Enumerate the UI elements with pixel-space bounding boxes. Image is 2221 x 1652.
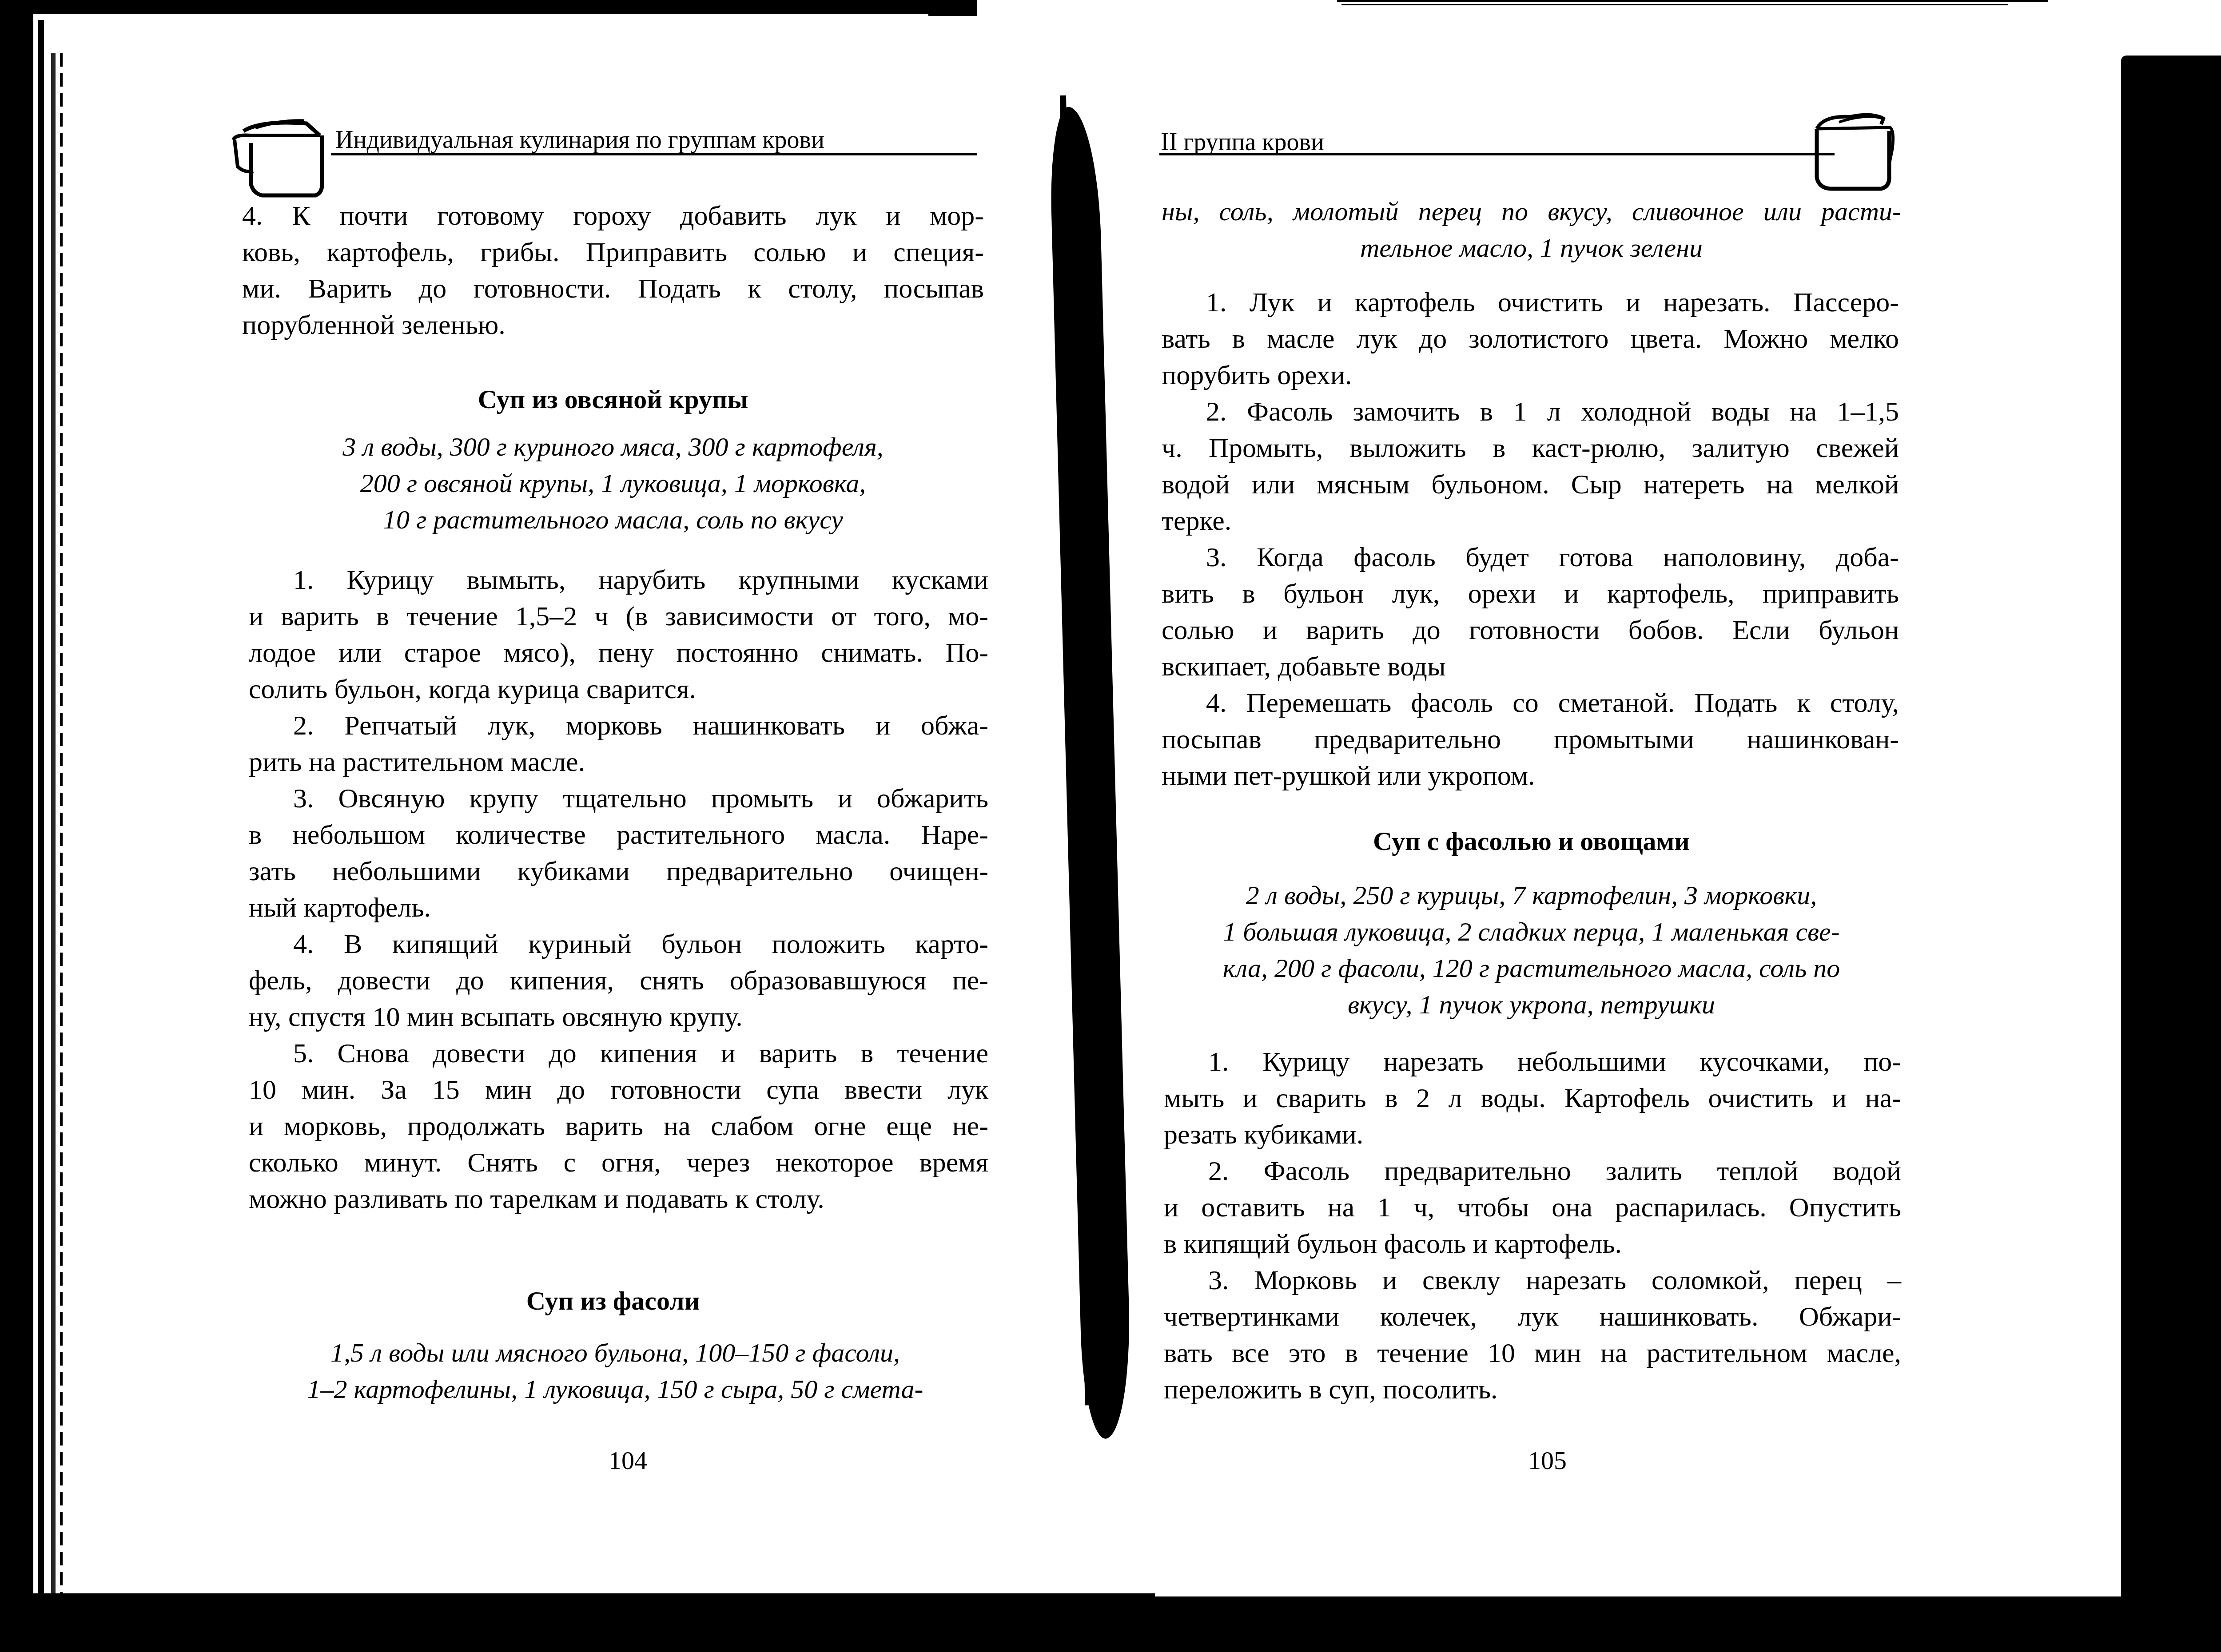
step-line: лодое или старое мясо), пену постоянно с… — [249, 635, 988, 671]
text-line: порубленной зеленью. — [242, 307, 984, 343]
right-page: II группа крови ны, соль, молотый перец … — [1137, 0, 2121, 1594]
recipe-ingredients: 2 л воды, 250 г курицы, 7 картофелин, 3 … — [1162, 877, 1901, 1023]
recipe-steps-continued: 1. Лук и картофель очистить и нарезать. … — [1162, 284, 1899, 794]
step-line: 5. Снова довести до кипения и варить в т… — [249, 1035, 988, 1072]
step-line: в кипящий бульон фасоль и картофель. — [1164, 1226, 1901, 1262]
step-line: резать кубиками. — [1164, 1116, 1901, 1153]
text-line: 4. К почти готовому гороху добавить лук … — [242, 198, 984, 234]
step-line: фель, довести до кипения, снять образова… — [249, 962, 988, 999]
step-line: вить в бульон лук, орехи и картофель, пр… — [1162, 576, 1899, 612]
running-head: Индивидуальная кулинария по группам кров… — [335, 127, 824, 153]
ingredients-line: 1–2 картофелины, 1 луковица, 150 г сыра,… — [242, 1371, 988, 1407]
step-line: рить на растительном масле. — [249, 744, 988, 780]
header-rule — [331, 153, 977, 155]
step-line: и морковь, продолжать варить на слабом о… — [249, 1108, 988, 1144]
step-line: 4. В кипящий куриный бульон положить кар… — [249, 926, 988, 962]
step-line: солить бульон, когда курица сварится. — [249, 671, 988, 707]
recipe-ingredients: 1,5 л воды или мясного бульона, 100–150 … — [242, 1334, 988, 1407]
step-line: ными пет-рушкой или укропом. — [1162, 758, 1899, 794]
step-line: 2. Фасоль предварительно залить теплой в… — [1164, 1153, 1901, 1189]
ingredients-line: 200 г овсяной крупы, 1 луковица, 1 морко… — [242, 465, 984, 501]
ingredients-line: 3 л воды, 300 г куриного мяса, 300 г кар… — [242, 429, 984, 465]
step-line: 3. Морковь и свеклу нарезать соломкой, п… — [1164, 1262, 1901, 1299]
step-line: четвертинками колечек, лук нашинковать. … — [1164, 1299, 1901, 1335]
ingredients-line: 1 большая луковица, 2 сладких перца, 1 м… — [1162, 913, 1901, 950]
step-line: мыть и сварить в 2 л воды. Картофель очи… — [1164, 1080, 1901, 1116]
step-line: водой или мясным бульоном. Сыр натереть … — [1162, 466, 1899, 503]
text-line: ми. Варить до готовности. Подать к столу… — [242, 270, 984, 307]
step-line: терке. — [1162, 503, 1899, 539]
recipe-title: Суп из овсяной крупы — [242, 384, 984, 415]
step-line: посыпав предварительно промытыми нашинко… — [1162, 721, 1899, 758]
step-line: зать небольшими кубиками предварительно … — [249, 853, 988, 890]
step-line: в небольшом количестве растительного мас… — [249, 817, 988, 853]
page-number: 104 — [609, 1445, 647, 1475]
left-page: Индивидуальная кулинария по группам кров… — [0, 0, 1057, 1594]
continuation-paragraph: 4. К почти готовому гороху добавить лук … — [242, 198, 984, 343]
step-line: ный картофель. — [249, 890, 988, 926]
page-number: 105 — [1528, 1445, 1567, 1475]
step-line: вать в масле лук до золотистого цвета. М… — [1162, 321, 1899, 357]
step-line: 4. Перемешать фасоль со сметаной. Подать… — [1162, 685, 1899, 721]
recipe-title: Суп из фасоли — [242, 1286, 984, 1316]
step-line: 2. Репчатый лук, морковь нашинковать и о… — [249, 707, 988, 744]
ingredients-line: кла, 200 г фасоли, 120 г растительного м… — [1162, 950, 1901, 986]
recipe-title: Суп с фасолью и овощами — [1162, 826, 1901, 857]
step-line: 3. Когда фасоль будет готова наполовину,… — [1162, 539, 1899, 576]
ingredients-line: 10 г растительного масла, соль по вкусу — [242, 501, 984, 538]
step-line: 1. Курицу вымыть, нарубить крупными куск… — [249, 562, 988, 598]
step-line: порубить орехи. — [1162, 357, 1899, 393]
cooking-pot-icon — [231, 111, 333, 200]
scan-border-right-edge — [2121, 95, 2143, 1650]
ingredients-line: 1,5 л воды или мясного бульона, 100–150 … — [242, 1334, 988, 1371]
recipe-ingredients-continued: ны, соль, молотый перец по вкусу, сливоч… — [1162, 193, 1901, 266]
ingredients-line: 2 л воды, 250 г курицы, 7 картофелин, 3 … — [1162, 877, 1901, 913]
recipe-ingredients: 3 л воды, 300 г куриного мяса, 300 г кар… — [242, 429, 984, 538]
header-rule — [1159, 153, 1835, 155]
step-line: и оставить на 1 ч, чтобы она распарилась… — [1164, 1189, 1901, 1226]
step-line: солью и варить до готовности бобов. Если… — [1162, 612, 1899, 648]
step-line: переложить в суп, посолить. — [1164, 1371, 1901, 1408]
step-line: вать все это в течение 10 мин на растите… — [1164, 1335, 1901, 1371]
recipe-steps: 1. Курицу вымыть, нарубить крупными куск… — [249, 562, 988, 1217]
step-line: можно разливать по тарелкам и подавать к… — [249, 1181, 988, 1217]
step-line: 3. Овсяную крупу тщательно промыть и обж… — [249, 780, 988, 817]
step-line: и варить в течение 1,5–2 ч (в зависимост… — [249, 598, 988, 635]
running-head: II группа крови — [1161, 129, 1324, 155]
book-spine-shadow — [1049, 106, 1132, 1439]
ingredients-line: тельное масло, 1 пучок зелени — [1162, 230, 1901, 266]
ingredients-line: вкусу, 1 пучок укропа, петрушки — [1162, 986, 1901, 1023]
step-line: ну, спустя 10 мин всыпать овсяную крупу. — [249, 999, 988, 1035]
recipe-steps: 1. Курицу нарезать небольшими кусочками,… — [1164, 1044, 1901, 1408]
step-line: сколько минут. Снять с огня, через некот… — [249, 1144, 988, 1181]
ingredients-line: ны, соль, молотый перец по вкусу, сливоч… — [1162, 193, 1901, 230]
step-line: ч. Промыть, выложить в каст-рюлю, залиту… — [1162, 430, 1899, 466]
text-line: ковь, картофель, грибы. Приправить солью… — [242, 234, 984, 270]
step-line: 10 мин. За 15 мин до готовности супа вве… — [249, 1072, 988, 1108]
step-line: 2. Фасоль замочить в 1 л холодной воды н… — [1162, 393, 1899, 430]
step-line: 1. Лук и картофель очистить и нарезать. … — [1162, 284, 1899, 321]
scan-border-bottom — [0, 1596, 2221, 1652]
step-line: 1. Курицу нарезать небольшими кусочками,… — [1164, 1044, 1901, 1080]
step-line: вскипает, добавьте воды — [1162, 648, 1899, 685]
cooking-pot-icon — [1806, 104, 1908, 193]
